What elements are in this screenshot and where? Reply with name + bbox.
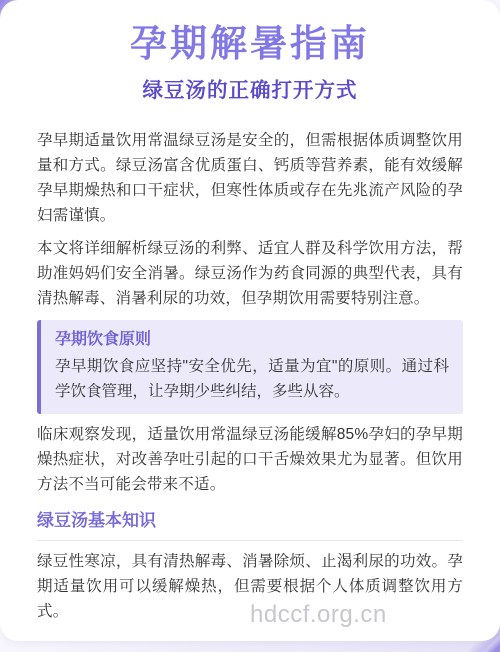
clinical-observation-paragraph: 临床观察发现，适量饮用常温绿豆汤能缓解85%孕妇的孕早期燥热症状，对改善孕吐引起… <box>37 422 463 497</box>
diet-principle-box-body: 孕早期饮食应坚持"安全优先，适量为宜"的原则。通过科学饮食管理，让孕期少些纠结，… <box>55 354 449 404</box>
section-title-basic-knowledge: 绿豆汤基本知识 <box>37 510 463 541</box>
intro-paragraph-2: 本文将详细解析绿豆汤的利弊、适宜人群及科学饮用方法，帮助准妈妈们安全消暑。绿豆汤… <box>37 236 463 311</box>
page-subtitle: 绿豆汤的正确打开方式 <box>37 77 463 105</box>
diet-principle-box-title: 孕期饮食原则 <box>55 329 449 351</box>
page-title: 孕期解暑指南 <box>37 22 463 66</box>
intro-paragraph-1: 孕早期适量饮用常温绿豆汤是安全的，但需根据体质调整饮用量和方式。绿豆汤富含优质蛋… <box>37 128 463 228</box>
corner-decoration <box>482 636 500 652</box>
article-card: 孕期解暑指南 绿豆汤的正确打开方式 孕早期适量饮用常温绿豆汤是安全的，但需根据体… <box>0 0 500 641</box>
diet-principle-box: 孕期饮食原则 孕早期饮食应坚持"安全优先，适量为宜"的原则。通过科学饮食管理，让… <box>37 320 463 414</box>
site-watermark: hdccf.org.cn <box>250 602 387 628</box>
